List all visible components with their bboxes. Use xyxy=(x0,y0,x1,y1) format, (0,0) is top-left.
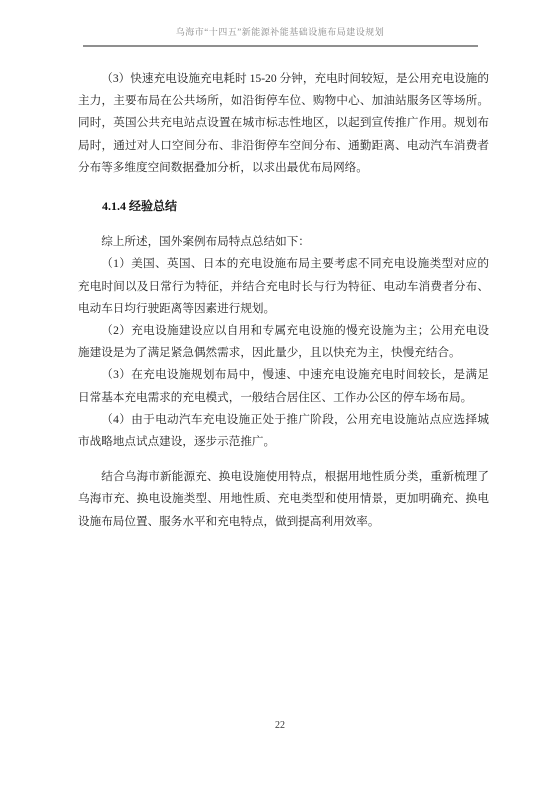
paragraph-point-1: （1）美国、英国、日本的充电设施布局主要考虑不同充电设施类型对应的充电时间以及日… xyxy=(78,253,489,320)
section-heading: 4.1.4 经验总结 xyxy=(78,195,489,217)
page-header: 乌海市“十四五”新能源补能基础设施布局建设规划 xyxy=(62,27,498,38)
paragraph-intro: （3）快速充电设施充电耗时 15-20 分钟，充电时间较短，是公用充电设施的主力… xyxy=(78,68,489,179)
paragraph-point-2: （2）充电设施建设应以自用和专属充电设施的慢充设施为主；公用充电设施建设是为了满… xyxy=(78,320,489,364)
page-content: （3）快速充电设施充电耗时 15-20 分钟，充电时间较短，是公用充电设施的主力… xyxy=(78,68,489,533)
document-page: 乌海市“十四五”新能源补能基础设施布局建设规划 （3）快速充电设施充电耗时 15… xyxy=(0,0,560,791)
paragraph-summary-lead: 综上所述，国外案例布局特点总结如下： xyxy=(78,231,489,253)
paragraph-point-4: （4）由于电动汽车充电设施正处于推广阶段，公用充电设施站点应选择城市战略地点试点… xyxy=(78,409,489,453)
paragraph-closing: 结合乌海市新能源充、换电设施使用特点，根据用地性质分类，重新梳理了乌海市充、换电… xyxy=(78,466,489,533)
paragraph-point-3: （3）在充电设施规划布局中，慢速、中速充电设施充电时间较长，是满足日常基本充电需… xyxy=(78,364,489,408)
header-rule xyxy=(83,45,478,47)
page-footer: 22 xyxy=(0,719,560,733)
page-number: 22 xyxy=(275,720,285,731)
header-title: 乌海市“十四五”新能源补能基础设施布局建设规划 xyxy=(176,27,385,37)
